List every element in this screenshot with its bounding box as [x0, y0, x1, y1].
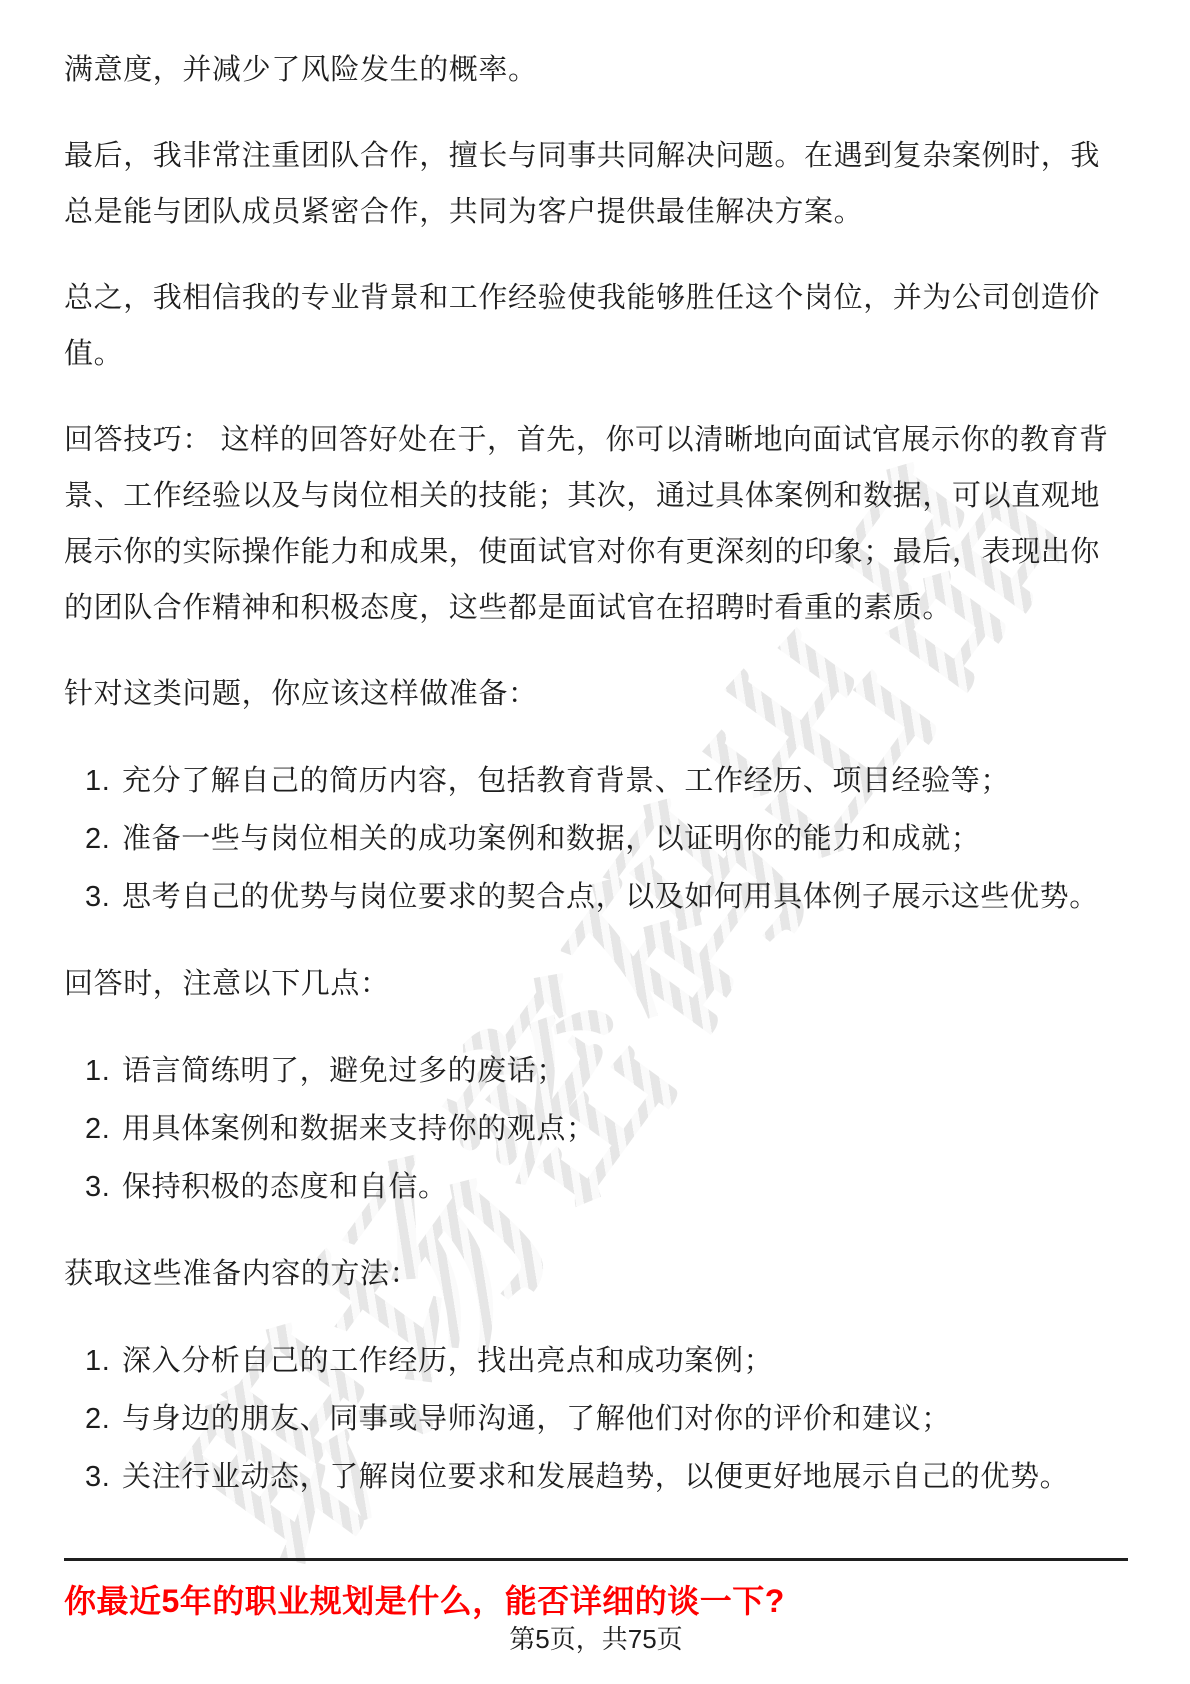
next-question-title: 你最近5年的职业规划是什么，能否详细的谈一下? [64, 1578, 1128, 1624]
list-item-text: 与身边的朋友、同事或导师沟通，了解他们对你的评价和建议； [122, 1390, 1128, 1448]
list-item-text: 语言简练明了，避免过多的废话； [122, 1042, 1128, 1100]
paragraph-teamwork: 最后，我非常注重团队合作，擅长与同事共同解决问题。在遇到复杂案例时，我总是能与团… [64, 128, 1128, 240]
list-item-number: 2. [85, 1390, 122, 1448]
list-item-number: 1. [85, 1042, 122, 1100]
page-number: 第5页，共75页 [64, 1625, 1128, 1653]
list-item-number: 1. [85, 1332, 122, 1390]
prep-list: 1. 充分了解自己的简历内容，包括教育背景、工作经历、项目经验等； 2. 准备一… [64, 752, 1128, 926]
list-item: 2. 用具体案例和数据来支持你的观点； [64, 1100, 1128, 1158]
paragraph-continuation: 满意度，并减少了风险发生的概率。 [64, 42, 1128, 98]
list-item: 3. 思考自己的优势与岗位要求的契合点，以及如何用具体例子展示这些优势。 [64, 868, 1128, 926]
list-item-text: 用具体案例和数据来支持你的观点； [122, 1100, 1128, 1158]
list-item: 2. 与身边的朋友、同事或导师沟通，了解他们对你的评价和建议； [64, 1390, 1128, 1448]
paragraph-conclusion: 总之，我相信我的专业背景和工作经验使我能够胜任这个岗位，并为公司创造价值。 [64, 270, 1128, 382]
methods-list: 1. 深入分析自己的工作经历，找出亮点和成功案例； 2. 与身边的朋友、同事或导… [64, 1332, 1128, 1506]
document-page: 职场密码出品 满意度，并减少了风险发生的概率。 最后，我非常注重团队合作，擅长与… [0, 0, 1190, 1684]
list-item-number: 3. [85, 1158, 122, 1216]
list-item-text: 保持积极的态度和自信。 [122, 1158, 1128, 1216]
list-item-number: 1. [85, 752, 122, 810]
list-item: 1. 深入分析自己的工作经历，找出亮点和成功案例； [64, 1332, 1128, 1390]
list-item: 2. 准备一些与岗位相关的成功案例和数据，以证明你的能力和成就； [64, 810, 1128, 868]
list-item-number: 3. [85, 1448, 122, 1506]
section-divider [64, 1558, 1128, 1561]
list-item-text: 深入分析自己的工作经历，找出亮点和成功案例； [122, 1332, 1128, 1390]
list-item: 1. 语言简练明了，避免过多的废话； [64, 1042, 1128, 1100]
prep-intro: 针对这类问题，你应该这样做准备： [64, 666, 1128, 722]
methods-intro: 获取这些准备内容的方法： [64, 1246, 1128, 1302]
page-content: 满意度，并减少了风险发生的概率。 最后，我非常注重团队合作，擅长与同事共同解决问… [0, 0, 1190, 1684]
list-item: 3. 保持积极的态度和自信。 [64, 1158, 1128, 1216]
list-item-text: 关注行业动态，了解岗位要求和发展趋势，以便更好地展示自己的优势。 [122, 1448, 1128, 1506]
list-item-number: 3. [85, 868, 122, 926]
answer-notes-intro: 回答时，注意以下几点： [64, 956, 1128, 1012]
list-item-number: 2. [85, 1100, 122, 1158]
list-item-text: 充分了解自己的简历内容，包括教育背景、工作经历、项目经验等； [122, 752, 1128, 810]
list-item-text: 思考自己的优势与岗位要求的契合点，以及如何用具体例子展示这些优势。 [122, 868, 1128, 926]
list-item: 3. 关注行业动态，了解岗位要求和发展趋势，以便更好地展示自己的优势。 [64, 1448, 1128, 1506]
list-item-number: 2. [85, 810, 122, 868]
answer-notes-list: 1. 语言简练明了，避免过多的废话； 2. 用具体案例和数据来支持你的观点； 3… [64, 1042, 1128, 1216]
list-item-text: 准备一些与岗位相关的成功案例和数据，以证明你的能力和成就； [122, 810, 1128, 868]
paragraph-answer-technique: 回答技巧： 这样的回答好处在于，首先，你可以清晰地向面试官展示你的教育背景、工作… [64, 412, 1128, 636]
list-item: 1. 充分了解自己的简历内容，包括教育背景、工作经历、项目经验等； [64, 752, 1128, 810]
